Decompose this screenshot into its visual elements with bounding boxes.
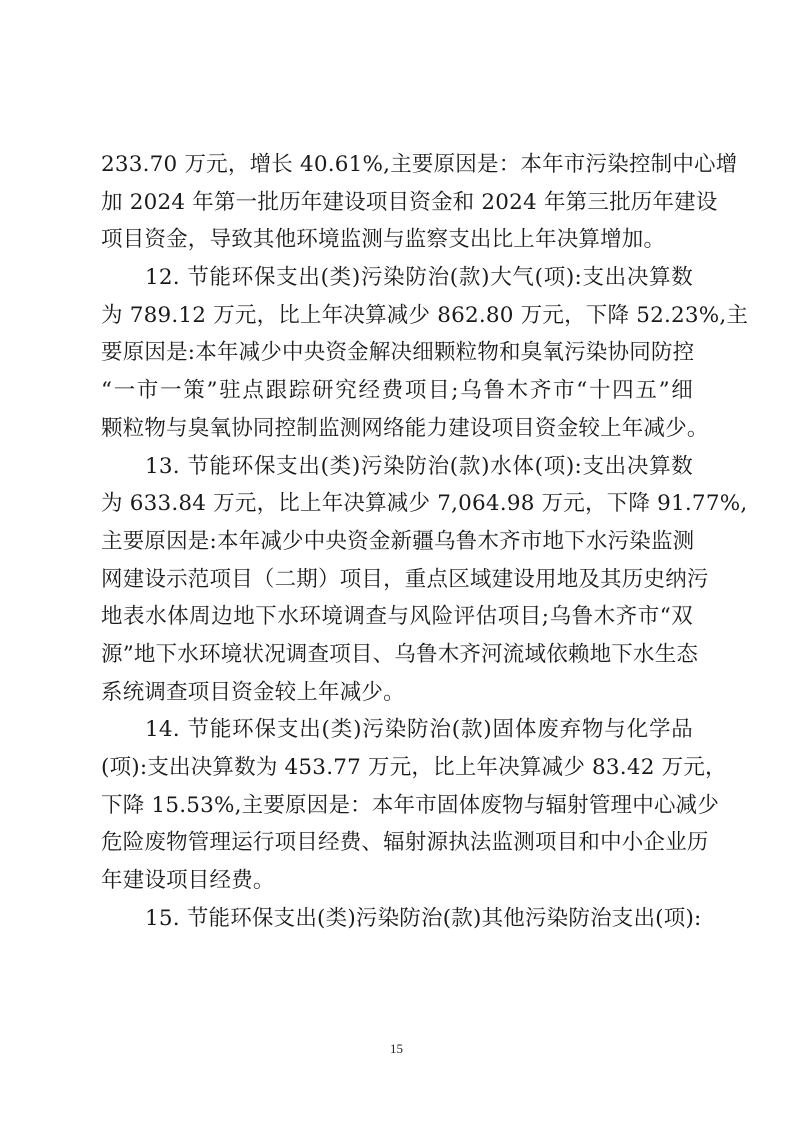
document-page: 233.70 万元，增长 40.61%,主要原因是：本年市污染控制中心增 加 2… <box>101 146 693 937</box>
text-line: 网建设示范项目（二期）项目，重点区域建设用地及其历史纳污 <box>101 561 693 599</box>
paragraph-15-other-pollution: 15. 节能环保支出(类)污染防治(款)其他污染防治支出(项): <box>101 900 693 938</box>
text-line: 地表水体周边地下水环境调查与风险评估项目;乌鲁木齐市“双 <box>101 598 693 636</box>
text-line: 加 2024 年第一批历年建设项目资金和 2024 年第三批历年建设 <box>101 184 693 222</box>
paragraph-12-air: 12. 节能环保支出(类)污染防治(款)大气(项):支出决算数 为 789.12… <box>101 259 693 447</box>
text-line: 主要原因是:本年减少中央资金新疆乌鲁木齐市地下水污染监测 <box>101 523 693 561</box>
text-line: 危险废物管理运行项目经费、辐射源执法监测项目和中小企业历 <box>101 824 693 862</box>
paragraph-13-water: 13. 节能环保支出(类)污染防治(款)水体(项):支出决算数 为 633.84… <box>101 448 693 712</box>
text-line: 12. 节能环保支出(类)污染防治(款)大气(项):支出决算数 <box>101 259 693 297</box>
text-line: 年建设项目经费。 <box>101 862 693 900</box>
paragraph-14-solid-waste: 14. 节能环保支出(类)污染防治(款)固体废弃物与化学品 (项):支出决算数为… <box>101 711 693 899</box>
text-line: 下降 15.53%,主要原因是：本年市固体废物与辐射管理中心减少 <box>101 787 693 825</box>
text-line: 14. 节能环保支出(类)污染防治(款)固体废弃物与化学品 <box>101 711 693 749</box>
text-line: 233.70 万元，增长 40.61%,主要原因是：本年市污染控制中心增 <box>101 146 693 184</box>
text-line: 系统调查项目资金较上年减少。 <box>101 674 693 712</box>
text-line: 为 633.84 万元，比上年决算减少 7,064.98 万元，下降 91.77… <box>101 485 693 523</box>
text-line: 13. 节能环保支出(类)污染防治(款)水体(项):支出决算数 <box>101 448 693 486</box>
text-line: 颗粒物与臭氧协同控制监测网络能力建设项目资金较上年减少。 <box>101 410 693 448</box>
paragraph-11-continued: 233.70 万元，增长 40.61%,主要原因是：本年市污染控制中心增 加 2… <box>101 146 693 259</box>
text-line: 要原因是:本年减少中央资金解决细颗粒物和臭氧污染协同防控 <box>101 334 693 372</box>
text-line: “一市一策”驻点跟踪研究经费项目;乌鲁木齐市“十四五”细 <box>101 372 693 410</box>
text-line: 源”地下水环境状况调查项目、乌鲁木齐河流域依赖地下水生态 <box>101 636 693 674</box>
text-line: (项):支出决算数为 453.77 万元，比上年决算减少 83.42 万元， <box>101 749 693 787</box>
text-line: 为 789.12 万元，比上年决算减少 862.80 万元，下降 52.23%,… <box>101 297 693 335</box>
page-number: 15 <box>0 1041 793 1057</box>
text-line: 15. 节能环保支出(类)污染防治(款)其他污染防治支出(项): <box>101 900 693 938</box>
text-line: 项目资金，导致其他环境监测与监察支出比上年决算增加。 <box>101 221 693 259</box>
